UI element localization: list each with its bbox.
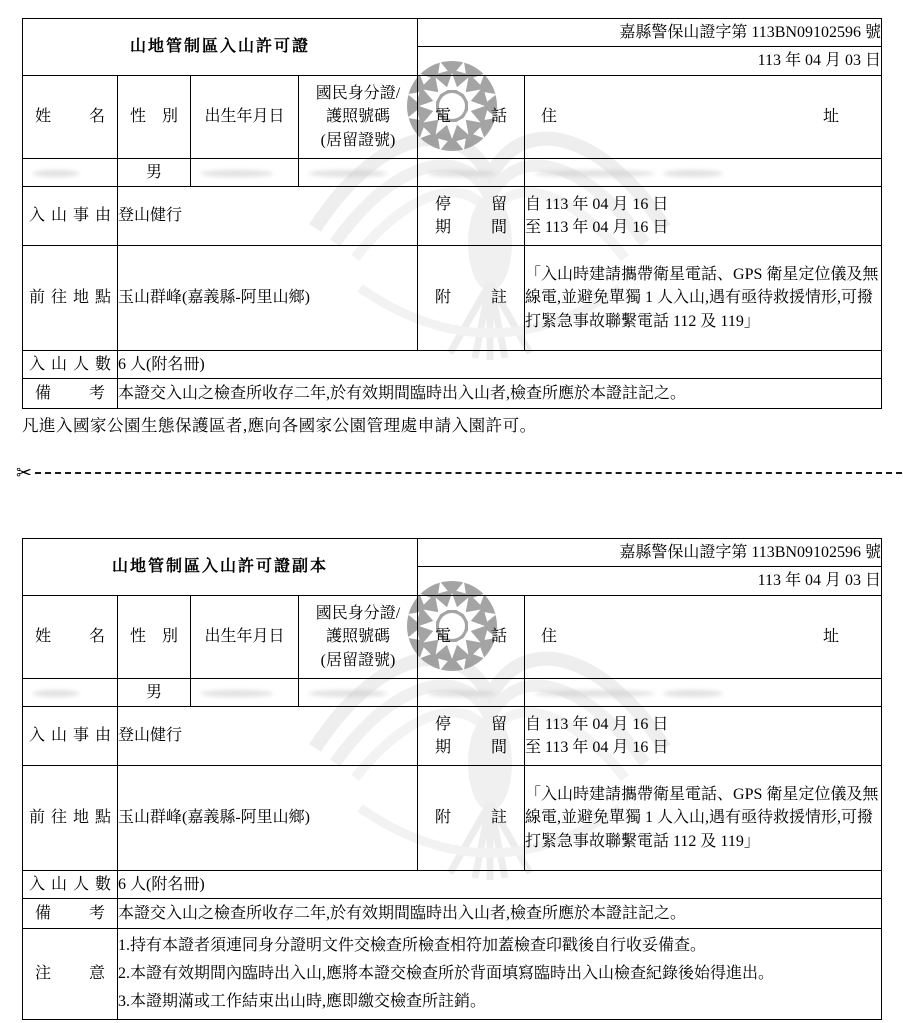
permit-copy-title: 山地管制區入山許可證副本 bbox=[23, 539, 418, 596]
col-header-id: 國民身分證/ 護照號碼 (居留證號) bbox=[299, 596, 418, 679]
col-header-name: 姓名 bbox=[23, 76, 118, 159]
destination-label: 前往地點 bbox=[23, 766, 118, 871]
col-header-birth: 出生年月日 bbox=[191, 596, 299, 679]
redacted-text-smudge bbox=[535, 690, 655, 697]
notice-item-1: 1.持有本證者須連同身分證明文件交檢查所檢查相符加蓋檢查印戳後自行收妥備查。 bbox=[118, 934, 881, 957]
person-id-redacted bbox=[299, 679, 418, 707]
note-value: 「入山時建請攜帶衛星電話、GPS 衛星定位儀及無線電,並避免單獨 1 人入山,遇… bbox=[525, 766, 882, 871]
dashed-cut-line bbox=[35, 472, 902, 474]
national-park-footnote: 凡進入國家公園生態保護區者,應向各國家公園管理處申請入園許可。 bbox=[22, 412, 537, 436]
redacted-text-smudge bbox=[33, 690, 79, 697]
issue-date: 113 年 04 月 03 日 bbox=[418, 567, 882, 596]
person-phone-redacted bbox=[418, 159, 525, 187]
permit-original-table: 山地管制區入山許可證 嘉縣警保山證字第 113BN09102596 號 113 … bbox=[22, 18, 882, 409]
cert-number: 嘉縣警保山證字第 113BN09102596 號 bbox=[418, 19, 882, 47]
redacted-text-smudge bbox=[201, 170, 273, 177]
entry-reason-value: 登山健行 bbox=[118, 707, 418, 766]
redacted-text-smudge bbox=[309, 170, 387, 177]
col-header-id: 國民身分證/ 護照號碼 (居留證號) bbox=[299, 76, 418, 159]
redacted-text-smudge bbox=[201, 690, 273, 697]
person-address-redacted bbox=[525, 679, 882, 707]
remark-label: 備考 bbox=[23, 899, 118, 929]
permit-original: 山地管制區入山許可證 嘉縣警保山證字第 113BN09102596 號 113 … bbox=[22, 18, 882, 409]
remark-value: 本證交入山之檢查所收存二年,於有效期間臨時出入山者,檢查所應於本證註記之。 bbox=[118, 379, 882, 409]
note-label: 附註 bbox=[418, 246, 525, 351]
person-phone-redacted bbox=[418, 679, 525, 707]
person-birth-redacted bbox=[191, 159, 299, 187]
stay-period-value: 自 113 年 04 月 16 日 至 113 年 04 月 16 日 bbox=[525, 707, 882, 766]
person-name-redacted bbox=[23, 679, 118, 707]
destination-value: 玉山群峰(嘉義縣-阿里山鄉) bbox=[118, 246, 418, 351]
redacted-text-smudge bbox=[428, 690, 496, 697]
stay-period-label: 停留 期間 bbox=[418, 187, 525, 246]
entry-reason-label: 入山事由 bbox=[23, 707, 118, 766]
person-gender: 男 bbox=[118, 159, 191, 187]
col-header-name: 姓名 bbox=[23, 596, 118, 679]
notice-item-3: 3.本證期滿或工作結束出山時,應即繳交檢查所註銷。 bbox=[118, 990, 881, 1013]
col-header-gender: 性別 bbox=[118, 76, 191, 159]
col-header-birth: 出生年月日 bbox=[191, 76, 299, 159]
stay-period-value: 自 113 年 04 月 16 日 至 113 年 04 月 16 日 bbox=[525, 187, 882, 246]
remark-label: 備考 bbox=[23, 379, 118, 409]
notice-label: 注意 bbox=[23, 929, 118, 1020]
col-header-phone: 電話 bbox=[418, 596, 525, 679]
permit-copy-table: 山地管制區入山許可證副本 嘉縣警保山證字第 113BN09102596 號 11… bbox=[22, 538, 882, 1020]
note-value: 「入山時建請攜帶衛星電話、GPS 衛星定位儀及無線電,並避免單獨 1 人入山,遇… bbox=[525, 246, 882, 351]
person-birth-redacted bbox=[191, 679, 299, 707]
redacted-text-smudge bbox=[428, 170, 496, 177]
person-address-redacted bbox=[525, 159, 882, 187]
redacted-text-smudge bbox=[663, 690, 723, 697]
headcount-label: 入山人數 bbox=[23, 351, 118, 379]
col-header-address: 住址 bbox=[525, 596, 882, 679]
person-id-redacted bbox=[299, 159, 418, 187]
headcount-value: 6 人(附名冊) bbox=[118, 871, 882, 899]
scissors-icon: ✂ bbox=[16, 464, 32, 483]
destination-label: 前往地點 bbox=[23, 246, 118, 351]
notice-item-2: 2.本證有效期間內臨時出入山,應將本證交檢查所於背面填寫臨時出入山檢查紀錄後始得… bbox=[118, 962, 881, 985]
redacted-text-smudge bbox=[33, 170, 79, 177]
headcount-value: 6 人(附名冊) bbox=[118, 351, 882, 379]
note-label: 附註 bbox=[418, 766, 525, 871]
redacted-text-smudge bbox=[535, 170, 655, 177]
redacted-text-smudge bbox=[663, 170, 723, 177]
mountain-entry-permit-page: 山地管制區入山許可證 嘉縣警保山證字第 113BN09102596 號 113 … bbox=[0, 0, 903, 1023]
remark-value: 本證交入山之檢查所收存二年,於有效期間臨時出入山者,檢查所應於本證註記之。 bbox=[118, 899, 882, 929]
notice-items: 1.持有本證者須連同身分證明文件交檢查所檢查相符加蓋檢查印戳後自行收妥備查。 2… bbox=[118, 929, 882, 1020]
headcount-label: 入山人數 bbox=[23, 871, 118, 899]
issue-date: 113 年 04 月 03 日 bbox=[418, 47, 882, 76]
cert-number: 嘉縣警保山證字第 113BN09102596 號 bbox=[418, 539, 882, 567]
redacted-text-smudge bbox=[309, 690, 387, 697]
stay-period-label: 停留 期間 bbox=[418, 707, 525, 766]
destination-value: 玉山群峰(嘉義縣-阿里山鄉) bbox=[118, 766, 418, 871]
col-header-phone: 電話 bbox=[418, 76, 525, 159]
entry-reason-label: 入山事由 bbox=[23, 187, 118, 246]
cut-here-divider: ✂ bbox=[16, 462, 902, 484]
entry-reason-value: 登山健行 bbox=[118, 187, 418, 246]
person-name-redacted bbox=[23, 159, 118, 187]
permit-title: 山地管制區入山許可證 bbox=[23, 19, 418, 76]
col-header-gender: 性別 bbox=[118, 596, 191, 679]
person-gender: 男 bbox=[118, 679, 191, 707]
permit-copy: 山地管制區入山許可證副本 嘉縣警保山證字第 113BN09102596 號 11… bbox=[22, 538, 882, 1020]
col-header-address: 住址 bbox=[525, 76, 882, 159]
